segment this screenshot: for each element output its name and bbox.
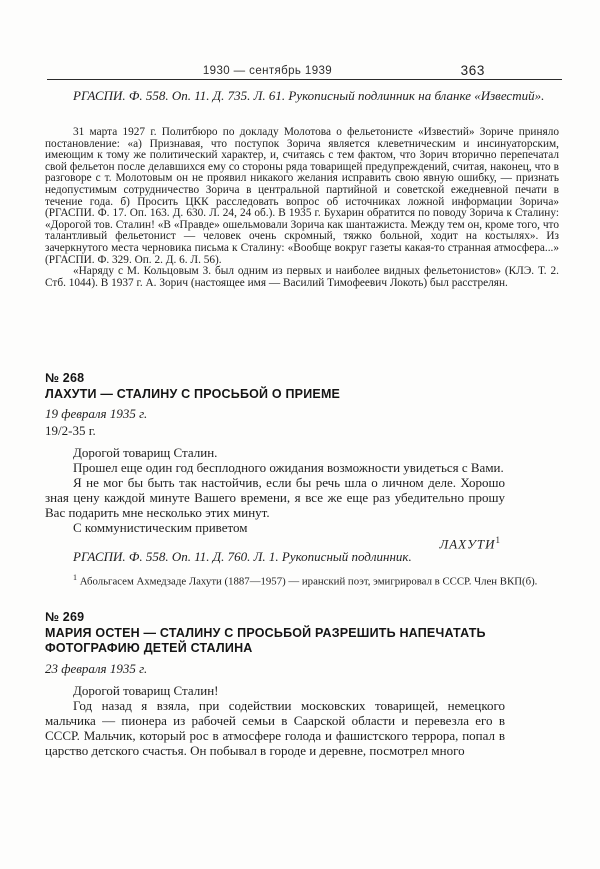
page-number: 363 [430,63,485,78]
document-number: № 269 [45,610,559,626]
letter-paragraph: Дорогой товарищ Сталин. [45,445,505,460]
commentary-paragraph: «Наряду с М. Кольцовым З. был одним из п… [45,266,559,289]
running-header-period: 1930 — сентябрь 1939 [160,65,375,77]
letter-paragraph: Дорогой товарищ Сталин! [45,683,505,698]
letter-date-268: 19/2-35 г. [45,423,345,438]
document-title-line2: ФОТОГРАФИЮ ДЕТЕЙ СТАЛИНА [45,641,559,657]
letter-body-268: Дорогой товарищ Сталин. Прошел еще один … [45,445,505,535]
letter-body-269: Дорогой товарищ Сталин! Год назад я взял… [45,683,505,758]
footnote-doc268: 1 Абольгасем Ахмедзаде Лахути (1887—1957… [45,571,559,589]
letter-paragraph: Прошел еще один год бесплодного ожидания… [45,460,505,475]
signature-footnote-marker: 1 [496,535,501,545]
header-rule [47,79,562,80]
document-date-268: 19 февраля 1935 г. [45,406,345,421]
document-heading-269: № 269 МАРИЯ ОСТЕН — СТАЛИНУ С ПРОСЬБОЙ Р… [45,610,559,657]
archival-source-text: РГАСПИ. Ф. 558. Оп. 11. Д. 760. Л. 1. Ру… [45,549,559,564]
letter-paragraph: С коммунистическим приветом [45,520,505,535]
archival-source-doc267: РГАСПИ. Ф. 558. Оп. 11. Д. 735. Л. 61. Р… [45,88,559,103]
letter-paragraph: Год назад я взяла, при содействии москов… [45,698,505,758]
archival-source-text: РГАСПИ. Ф. 558. Оп. 11. Д. 735. Л. 61. Р… [45,88,559,103]
document-date-269: 23 февраля 1935 г. [45,661,345,676]
footnote-paragraph: 1 Абольгасем Ахмедзаде Лахути (1887—1957… [45,571,559,589]
document-heading-268: № 268 ЛАХУТИ — СТАЛИНУ С ПРОСЬБОЙ О ПРИЕ… [45,371,559,402]
commentary-paragraph: 31 марта 1927 г. Политбюро по докладу Мо… [45,127,559,266]
archival-source-doc268: РГАСПИ. Ф. 558. Оп. 11. Д. 760. Л. 1. Ру… [45,549,559,564]
commentary-doc267: 31 марта 1927 г. Политбюро по докладу Мо… [45,127,559,289]
document-title-line1: МАРИЯ ОСТЕН — СТАЛИНУ С ПРОСЬБОЙ РАЗРЕШИ… [45,626,559,642]
document-number: № 268 [45,371,559,387]
letter-paragraph: Я не мог бы быть так настойчив, если бы … [45,475,505,520]
footnote-text: Абольгасем Ахмедзаде Лахути (1887—1957) … [77,576,537,588]
book-page: 1930 — сентябрь 1939 363 РГАСПИ. Ф. 558.… [0,0,600,869]
document-title: ЛАХУТИ — СТАЛИНУ С ПРОСЬБОЙ О ПРИЕМЕ [45,387,559,403]
